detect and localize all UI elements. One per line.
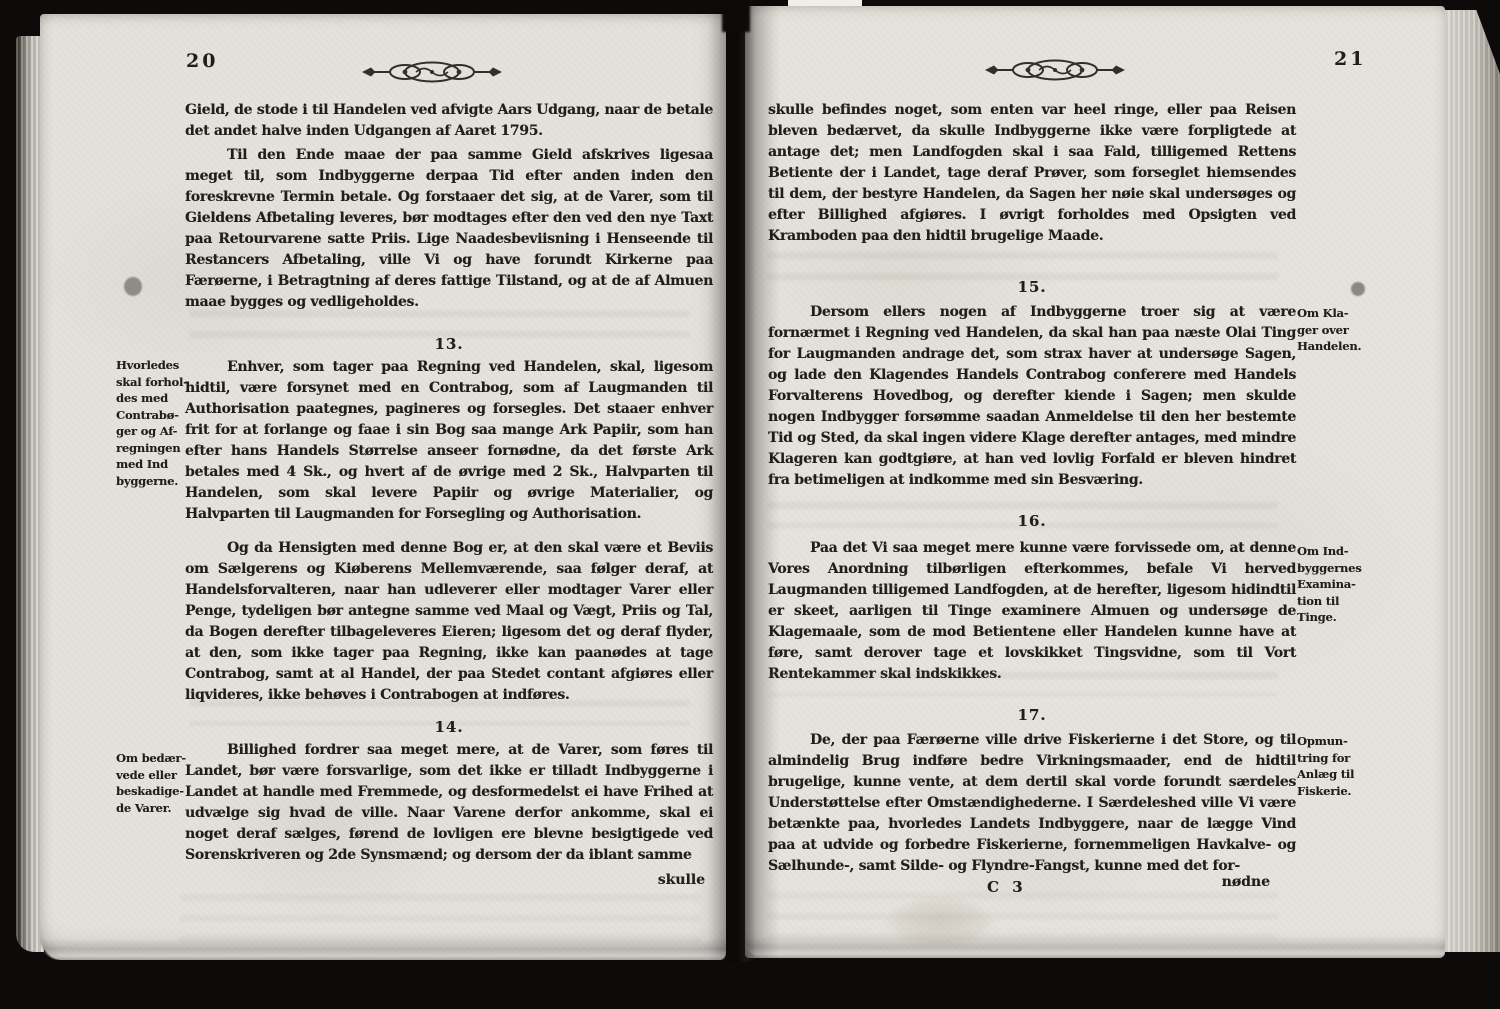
page-number: 21 <box>1334 48 1366 70</box>
paragraph-16-examination: Paa det Vi saa meget mere kunne være for… <box>768 538 1296 685</box>
paragraph-17-fiskerie: De, der paa Færøerne ville drive Fiskeri… <box>768 730 1296 877</box>
right-page: 21 skulle befindes noget, som enten var … <box>745 6 1445 958</box>
paragraph-gield-afbetaling: Til den Ende maae der paa samme Gield af… <box>185 145 713 313</box>
gutter-top-shadow <box>722 0 750 32</box>
margin-note-14: Om bedær- vede eller beskadige- de Varer… <box>116 750 188 816</box>
page-number: 20 <box>186 50 218 72</box>
margin-note-13: Hvorledes skal forhol- des med Contrabø-… <box>116 357 188 489</box>
paragraph-skulle-continuation: skulle befindes noget, som enten var hee… <box>768 100 1296 247</box>
bleedthrough-text <box>768 252 1278 280</box>
fore-edge <box>1443 10 1500 952</box>
left-page: 20 Gield, de stode i til Handelen ved af… <box>40 14 726 960</box>
paragraph-13-hensigt: Og da Hensigten med denne Bog er, at den… <box>185 538 713 706</box>
ink-spot <box>124 277 142 296</box>
paragraph-13-contrabog: Enhver, som tager paa Regning ved Handel… <box>185 357 713 525</box>
section-number-14: 14. <box>185 718 713 736</box>
catchword: skulle <box>185 872 713 888</box>
damp-stain <box>865 886 1015 958</box>
margin-note-15: Om Kla- ger over Handelen. <box>1297 305 1369 355</box>
section-number-13: 13. <box>185 335 713 353</box>
page-bottom-edge <box>40 938 726 960</box>
header-ornament <box>983 56 1127 84</box>
page-bottom-edge <box>745 936 1445 958</box>
margin-note-17: Opmun- tring for Anlæg til Fiskerie. <box>1297 733 1369 799</box>
bleedthrough-text <box>180 894 700 950</box>
margin-note-16: Om Ind- byggernes Examina- tion til Ting… <box>1297 543 1369 626</box>
section-number-17: 17. <box>768 706 1296 724</box>
section-number-16: 16. <box>768 512 1296 530</box>
ink-spot <box>1351 282 1365 296</box>
header-ornament <box>360 58 504 86</box>
book-scan: { "colors": { "background": "#0d0b09", "… <box>0 0 1500 1009</box>
paragraph-gield-continuation: Gield, de stode i til Handelen ved afvig… <box>185 100 713 142</box>
section-number-15: 15. <box>768 278 1296 296</box>
catchword: nødne <box>768 874 1296 890</box>
paragraph-15-klager: Dersom ellers nogen af Indbyggerne troer… <box>768 302 1296 491</box>
paragraph-14-varer: Billighed fordrer saa meget mere, at de … <box>185 740 713 866</box>
bleedthrough-text <box>768 892 1278 948</box>
